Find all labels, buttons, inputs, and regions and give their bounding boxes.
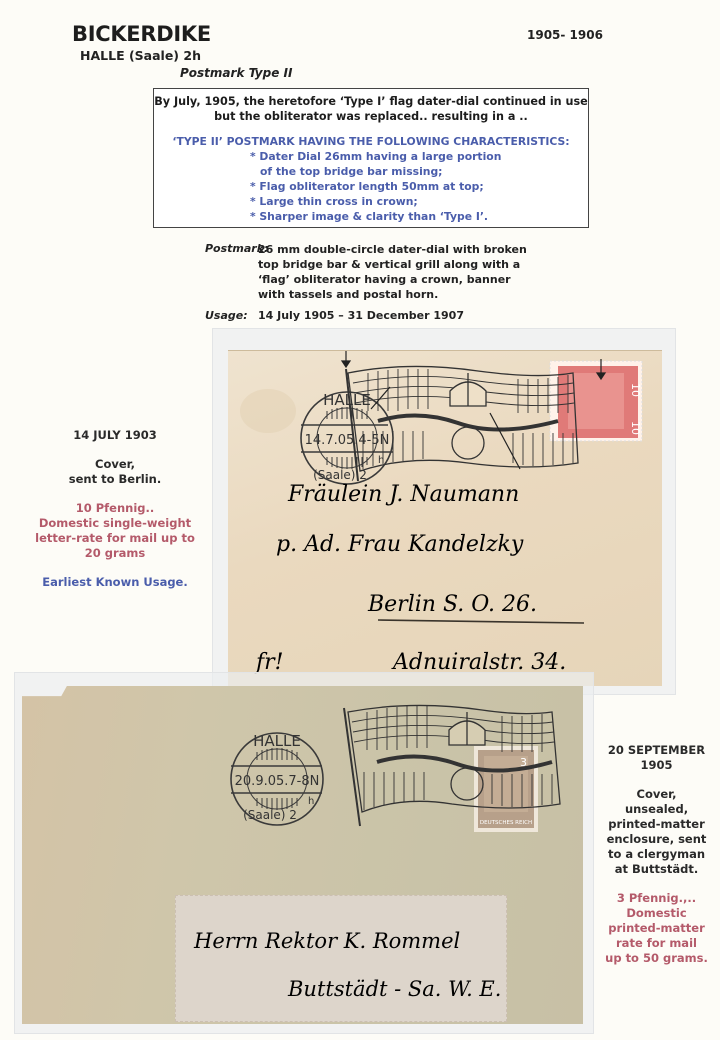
cover1-description: 14 JULY 1903 Cover, sent to Berlin. 10 P… [15, 428, 215, 590]
location-subtitle: HALLE (Saale) 2h [80, 48, 201, 63]
cover2-date: 20 SEPTEMBER [593, 743, 720, 758]
collector-title: BICKERDIKE [72, 22, 211, 46]
svg-text:20.9.05.7-8N: 20.9.05.7-8N [235, 774, 320, 789]
address-label: Herrn Rektor K. Rommel Buttstädt - Sa. W… [175, 895, 507, 1022]
svg-text:10: 10 [629, 421, 642, 435]
characteristics-list: * Dater Dial 26mm having a large portion… [154, 149, 588, 224]
usage-period: 14 July 1905 – 31 December 1907 [258, 309, 464, 322]
usage-label: Usage: [205, 309, 248, 322]
characteristics-box: By July, 1905, the heretofore ‘Type I’ f… [153, 88, 589, 228]
svg-text:(Saale) 2: (Saale) 2 [243, 808, 297, 822]
list-item: * Flag obliterator length 50mm at top; [250, 179, 588, 194]
earliest-known-usage: Earliest Known Usage. [15, 575, 215, 590]
svg-text:Fräulein J. Naumann: Fräulein J. Naumann [287, 482, 519, 507]
svg-text:Herrn Rektor K. Rommel: Herrn Rektor K. Rommel [193, 929, 460, 953]
postmark-type-heading: Postmark Type II [180, 66, 292, 80]
stamp-10-pfennig-icon: 10 10 [550, 361, 642, 441]
year-range: 1905- 1906 [527, 28, 603, 42]
list-item: * Sharper image & clarity than ‘Type I’. [250, 209, 588, 224]
svg-text:HALLE: HALLE [253, 732, 301, 750]
list-item: * Dater Dial 26mm having a large portion [250, 149, 588, 164]
stamp-3-pfennig-icon: 3 DEUTSCHES REICH [474, 746, 538, 832]
flag-obliterator-icon [344, 705, 560, 826]
cover1-envelope: 10 10 HALLE 14.7.05.4-5N (Saale) 2 h [228, 350, 662, 686]
svg-text:Buttstädt - Sa. W. E.: Buttstädt - Sa. W. E. [287, 977, 501, 1001]
svg-text:h: h [308, 796, 314, 807]
cover1-date: 14 JULY 1903 [15, 428, 215, 443]
svg-text:HALLE: HALLE [323, 391, 371, 409]
postmark-description: 26 mm double-circle dater-dial with brok… [258, 242, 528, 302]
cover2-description: 20 SEPTEMBER 1905 Cover, unsealed, print… [593, 743, 720, 966]
intro-text: By July, 1905, the heretofore ‘Type I’ f… [154, 94, 588, 124]
characteristics-headline: ‘TYPE II’ POSTMARK HAVING THE FOLLOWING … [154, 134, 588, 149]
svg-text:DEUTSCHES REICH: DEUTSCHES REICH [480, 820, 532, 826]
svg-text:10: 10 [629, 383, 642, 397]
svg-text:p. Ad. Frau Kandelzky: p. Ad. Frau Kandelzky [276, 532, 524, 557]
list-item: of the top bridge bar missing; [250, 164, 588, 179]
list-item: * Large thin cross in crown; [250, 194, 588, 209]
svg-text:14.7.05.4-5N: 14.7.05.4-5N [305, 433, 390, 448]
svg-text:Berlin S. O. 26.: Berlin S. O. 26. [367, 592, 537, 617]
cover1-markings: 10 10 HALLE 14.7.05.4-5N (Saale) 2 h [228, 351, 662, 686]
